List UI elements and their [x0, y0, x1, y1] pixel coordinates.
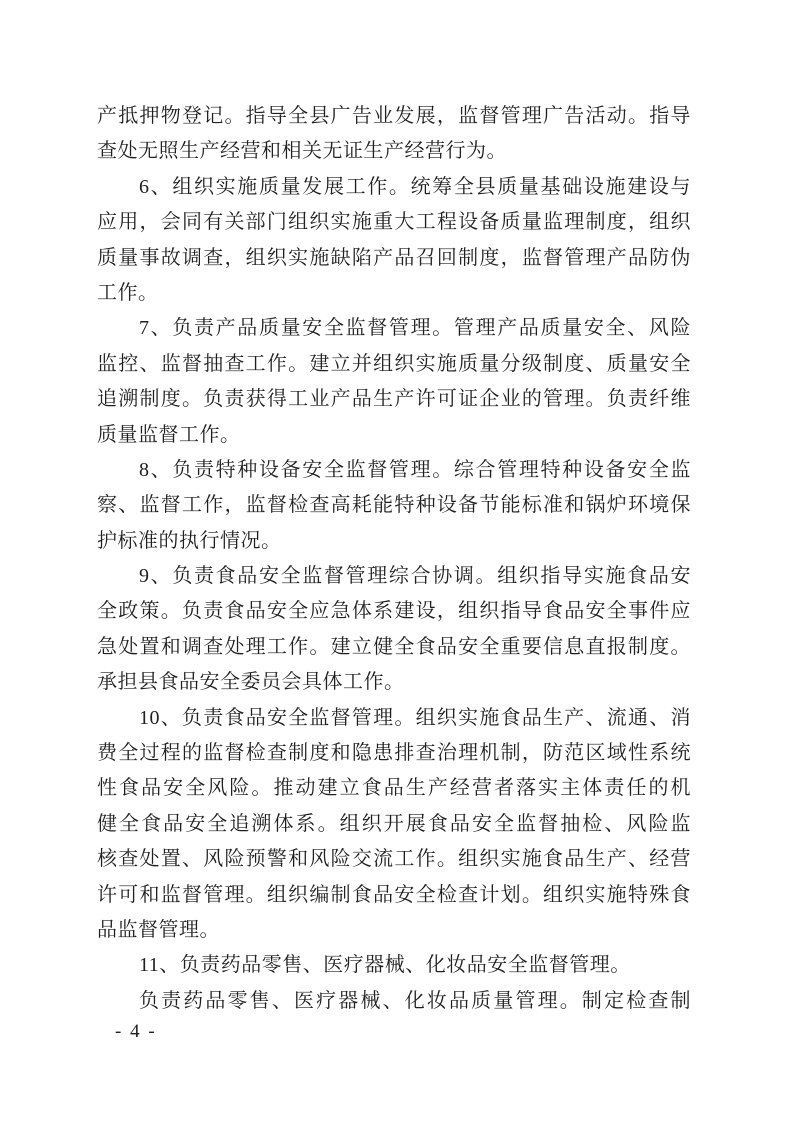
- paragraph: 10、负责食品安全监督管理。组织实施食品生产、流通、消费全过程的监督检查制度和隐…: [97, 701, 691, 949]
- text-line: 8、负责特种设备安全监督管理。综合管理特种设备安全监: [97, 453, 691, 488]
- paragraph: 8、负责特种设备安全监督管理。综合管理特种设备安全监察、监督工作，监督检查高耗能…: [97, 453, 691, 559]
- text-line: 性食品安全风险。推动建立食品生产经营者落实主体责任的机制，: [97, 771, 691, 806]
- paragraph: 6、组织实施质量发展工作。统筹全县质量基础设施建设与应用，会同有关部门组织实施重…: [97, 170, 691, 312]
- text-line: 10、负责食品安全监督管理。组织实施食品生产、流通、消: [97, 701, 691, 736]
- text-line: 6、组织实施质量发展工作。统筹全县质量基础设施建设与: [97, 170, 691, 205]
- text-line: 9、负责食品安全监督管理综合协调。组织指导实施食品安: [97, 559, 691, 594]
- text-line: 查处无照生产经营和相关无证生产经营行为。: [97, 134, 691, 169]
- text-line: 负责药品零售、医疗器械、化妆品质量管理。制定检查制度，: [97, 984, 691, 1019]
- text-line: 全政策。负责食品安全应急体系建设，组织指导食品安全事件应: [97, 594, 691, 629]
- paragraph: 11、负责药品零售、医疗器械、化妆品安全监督管理。: [97, 948, 691, 983]
- text-line: 11、负责药品零售、医疗器械、化妆品安全监督管理。: [97, 948, 691, 983]
- text-line: 质量事故调查，组织实施缺陷产品召回制度，监督管理产品防伪: [97, 241, 691, 276]
- text-line: 品监督管理。: [97, 913, 691, 948]
- paragraph: 9、负责食品安全监督管理综合协调。组织指导实施食品安全政策。负责食品安全应急体系…: [97, 559, 691, 701]
- text-line: 急处置和调查处理工作。建立健全食品安全重要信息直报制度。: [97, 630, 691, 665]
- text-line: 察、监督工作，监督检查高耗能特种设备节能标准和锅炉环境保: [97, 488, 691, 523]
- text-line: 追溯制度。负责获得工业产品生产许可证企业的管理。负责纤维: [97, 382, 691, 417]
- text-line: 质量监督工作。: [97, 418, 691, 453]
- text-line: 工作。: [97, 276, 691, 311]
- text-line: 监控、监督抽查工作。建立并组织实施质量分级制度、质量安全: [97, 347, 691, 382]
- text-line: 应用，会同有关部门组织实施重大工程设备质量监理制度，组织: [97, 205, 691, 240]
- text-line: 健全食品安全追溯体系。组织开展食品安全监督抽检、风险监测、: [97, 807, 691, 842]
- text-line: 许可和监督管理。组织编制食品安全检查计划。组织实施特殊食: [97, 878, 691, 913]
- page-number: - 4 -: [115, 1019, 157, 1045]
- text-line: 核查处置、风险预警和风险交流工作。组织实施食品生产、经营: [97, 842, 691, 877]
- text-line: 护标准的执行情况。: [97, 524, 691, 559]
- paragraph: 负责药品零售、医疗器械、化妆品质量管理。制定检查制度，: [97, 984, 691, 1019]
- paragraph: 7、负责产品质量安全监督管理。管理产品质量安全、风险监控、监督抽查工作。建立并组…: [97, 311, 691, 453]
- text-line: 产抵押物登记。指导全县广告业发展，监督管理广告活动。指导: [97, 99, 691, 134]
- document-page: 产抵押物登记。指导全县广告业发展，监督管理广告活动。指导查处无照生产经营和相关无…: [0, 0, 793, 1122]
- text-line: 承担县食品安全委员会具体工作。: [97, 665, 691, 700]
- paragraph: 产抵押物登记。指导全县广告业发展，监督管理广告活动。指导查处无照生产经营和相关无…: [97, 99, 691, 170]
- text-line: 7、负责产品质量安全监督管理。管理产品质量安全、风险: [97, 311, 691, 346]
- document-body: 产抵押物登记。指导全县广告业发展，监督管理广告活动。指导查处无照生产经营和相关无…: [97, 99, 691, 1019]
- text-line: 费全过程的监督检查制度和隐患排查治理机制，防范区域性系统: [97, 736, 691, 771]
